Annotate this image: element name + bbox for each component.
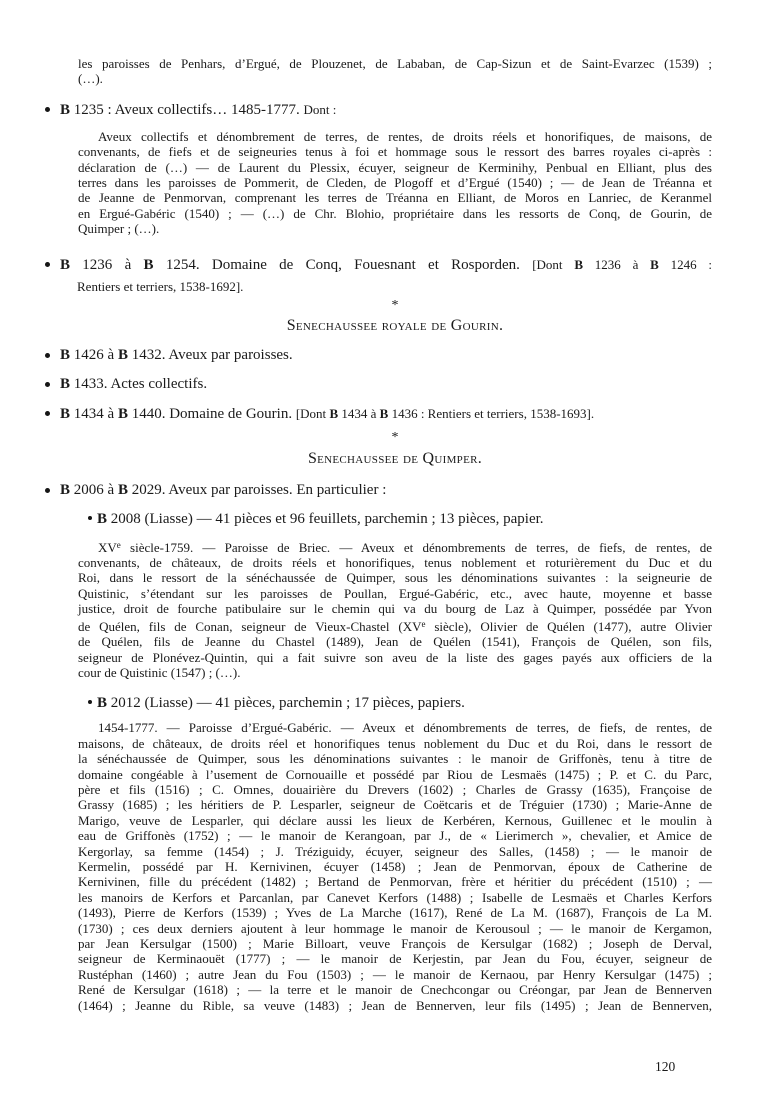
entry-B1235: B 1235 : Aveux collectifs… 1485-1777. Do… — [60, 99, 712, 121]
text-line: Kermelin, possédé par H. Kernivinen, écu… — [78, 859, 712, 874]
text-segment: de Quélen, fils de Jeanne du Chastel (14… — [78, 634, 712, 649]
text-segment: 1434 à — [70, 406, 118, 422]
text-segment: 1436 : Rentiers et terriers, 1538-1693]. — [388, 406, 594, 421]
text-segment: Aveux collectifs et dénombrement de terr… — [98, 129, 712, 144]
text-line: par Jean Kersulgar (1500) ; Marie Billoa… — [78, 936, 712, 951]
text-segment: B — [118, 406, 128, 422]
text-line: la sénéchaussée de Quimper, sous les dén… — [78, 751, 712, 766]
text-segment: terres dans les paroisses de Pommerit, d… — [78, 175, 712, 190]
text-line: XVe siècle-1759. — Paroisse de Briec. — … — [78, 538, 712, 555]
heading-senechaussee-quimper: Senechaussee de Quimper. — [78, 450, 712, 468]
text-line: déclaration de (…) — de Laurent du Pless… — [78, 160, 712, 175]
bullet-icon — [45, 107, 50, 112]
text-segment: convenants, de châteaux, de droits réels… — [78, 555, 712, 570]
text-line: B 1433. Actes collectifs. — [60, 374, 712, 395]
heading-senechaussee-gourin: Senechaussee royale de Gourin. — [78, 317, 712, 335]
text-line: (…). — [78, 71, 712, 86]
page-number: 120 — [655, 1059, 675, 1075]
asterisk-separator: * — [78, 298, 712, 314]
text-line: B 1426 à B 1432. Aveux par paroisses. — [60, 345, 712, 366]
bullet-icon — [45, 488, 50, 493]
text-segment: [Dont — [532, 257, 574, 272]
text-line: B 1235 : Aveux collectifs… 1485-1777. Do… — [60, 99, 712, 121]
text-segment: Roi, dans le ressort de la sénéchaussée … — [78, 570, 712, 585]
text-segment: (1464) ; Jeanne du Rible, sa veuve (1483… — [78, 998, 712, 1013]
text-segment: Rustéphan (1460) ; autre Jean du Fou (15… — [78, 967, 712, 982]
bullet-icon — [88, 700, 92, 704]
text-line: de Quélen, fils de Jeanne du Chastel (14… — [78, 634, 712, 649]
text-segment: 1246 : — [659, 257, 712, 272]
text-line: B 1236 à B 1254. Domaine de Conq, Fouesn… — [60, 254, 712, 276]
text-segment: 2029. Aveux par paroisses. En particulie… — [128, 482, 386, 498]
text-segment: les manoirs de Kerfors et Parcanlan, par… — [78, 890, 712, 905]
text-segment: en Ergué-Gabéric (1540) ; — (…) de Chr. … — [78, 206, 712, 221]
text-segment: Rentiers et terriers, 1538-1692]. — [77, 279, 243, 294]
bullet-icon — [45, 382, 50, 387]
text-line: Quistinic, s’étendant sur les paroisses … — [78, 586, 712, 601]
text-segment: B — [97, 695, 107, 711]
text-segment: B — [574, 257, 583, 272]
text-segment: la sénéchaussée de Quimper, sous les dén… — [78, 751, 712, 766]
text-line: domaine congéable à l’usement de Cornoua… — [78, 767, 712, 782]
text-line: Kergorlay, sa femme (1454) ; J. Trézigui… — [78, 844, 712, 859]
text-segment: de Quélen, fils de Conan, seigneur de Vi… — [78, 619, 421, 634]
text-segment: Kermelin, possédé par H. Kernivinen, écu… — [78, 859, 712, 874]
paragraph-B2012-detail: 1454-1777. — Paroisse d’Ergué-Gabéric. —… — [78, 720, 712, 1013]
text-line: convenants, de châteaux, de droits réels… — [78, 555, 712, 570]
text-line: seigneur de Kerminaouët (1777) ; — le ma… — [78, 951, 712, 966]
text-segment: convenants, de fiefs et de seigneuries t… — [78, 144, 712, 159]
text-segment: 2012 (Liasse) — 41 pièces, parchemin ; 1… — [107, 695, 465, 711]
text-segment: 1454-1777. — Paroisse d’Ergué-Gabéric. —… — [98, 720, 712, 735]
entry-B1426-B1432: B 1426 à B 1432. Aveux par paroisses. — [60, 345, 712, 366]
subentry-B2008: B 2008 (Liasse) — 41 pièces et 96 feuill… — [97, 509, 712, 529]
text-line: les paroisses de Penhars, d’Ergué, de Pl… — [78, 56, 712, 71]
text-line: René de Kersulgar (1618) ; — la terre et… — [78, 982, 712, 997]
text-segment: par Jean Kersulgar (1500) ; Marie Billoa… — [78, 936, 712, 951]
text-line: Rentiers et terriers, 1538-1692]. — [60, 276, 712, 298]
text-line: cour de Quistinic (1547) ; (…). — [78, 665, 712, 680]
text-segment: 1235 : Aveux collectifs… 1485-1777. — [70, 102, 303, 118]
text-segment: Quimper ; (…). — [78, 221, 159, 236]
text-segment: domaine congéable à l’usement de Cornoua… — [78, 767, 712, 782]
text-segment: Kernivinen, fille du précédent (1482) ; … — [78, 874, 712, 889]
bullet-icon — [88, 516, 92, 520]
text-segment: 1236 à — [583, 257, 650, 272]
text-line: de Quélen, fils de Conan, seigneur de Vi… — [78, 617, 712, 634]
text-segment: seigneur de Kerminaouët (1777) ; — le ma… — [78, 951, 712, 966]
text-segment: les paroisses de Penhars, d’Ergué, de Pl… — [78, 56, 712, 71]
entry-B1433: B 1433. Actes collectifs. — [60, 374, 712, 395]
continuation-paragraph: les paroisses de Penhars, d’Ergué, de Pl… — [78, 56, 712, 87]
text-line: maisons, de châteaux, de droits réel et … — [78, 736, 712, 751]
text-segment: 2008 (Liasse) — 41 pièces et 96 feuillet… — [107, 511, 544, 527]
text-line: les manoirs de Kerfors et Parcanlan, par… — [78, 890, 712, 905]
text-segment: B — [60, 376, 70, 392]
text-segment: cour de Quistinic (1547) ; (…). — [78, 665, 240, 680]
text-segment: 1440. Domaine de Gourin. — [128, 406, 296, 422]
text-line: B 2006 à B 2029. Aveux par paroisses. En… — [60, 480, 712, 501]
text-segment: B — [97, 511, 107, 527]
entry-B1434-B1440: B 1434 à B 1440. Domaine de Gourin. [Don… — [60, 403, 712, 425]
text-segment: justice, droit de fourche patibulaire su… — [78, 601, 712, 616]
text-line: Aveux collectifs et dénombrement de terr… — [78, 129, 712, 144]
text-segment: seigneur de Plonévez-Quintin, qui a fait… — [78, 650, 712, 665]
text-segment: siècle-1759. — Paroisse de Briec. — Aveu… — [121, 540, 712, 555]
text-segment: eau de Griffonès (1752) ; — le manoir de… — [78, 828, 712, 843]
text-segment: 1236 à — [70, 257, 144, 273]
text-line: Rustéphan (1460) ; autre Jean du Fou (15… — [78, 967, 712, 982]
text-segment: (1730) ; ces deux derniers ajoutent à le… — [78, 921, 712, 936]
text-segment: B — [329, 406, 338, 421]
text-segment: siècle), Olivier de Quélen (1477), autre… — [425, 619, 712, 634]
text-line: B 1434 à B 1440. Domaine de Gourin. [Don… — [60, 403, 712, 425]
text-segment: Kergorlay, sa femme (1454) ; J. Trézigui… — [78, 844, 712, 859]
text-segment: 1433. Actes collectifs. — [70, 376, 207, 392]
text-segment: 1426 à — [70, 347, 118, 363]
text-line: père et fils (1516) ; C. Omnes, douairiè… — [78, 782, 712, 797]
text-segment: B — [60, 482, 70, 498]
text-segment: B — [380, 406, 389, 421]
text-segment: B — [60, 102, 70, 118]
text-segment: 1254. Domaine de Conq, Fouesnant et Rosp… — [154, 257, 533, 273]
text-segment: B — [60, 347, 70, 363]
entry-B1236-B1254: B 1236 à B 1254. Domaine de Conq, Fouesn… — [60, 254, 712, 298]
bullet-icon — [45, 411, 50, 416]
text-line: (1493), Pierre de Kerfors (1539) ; Yves … — [78, 905, 712, 920]
paragraph-B2008-detail: XVe siècle-1759. — Paroisse de Briec. — … — [78, 538, 712, 681]
text-segment: B — [144, 257, 154, 273]
text-line: seigneur de Plonévez-Quintin, qui a fait… — [78, 650, 712, 665]
text-segment: [Dont — [296, 406, 330, 421]
text-segment: B — [650, 257, 659, 272]
text-segment: Dont : — [303, 102, 336, 117]
text-line: Quimper ; (…). — [78, 221, 712, 236]
text-segment: B — [118, 482, 128, 498]
text-segment: B — [118, 347, 128, 363]
text-segment: de Jeanne de Penmorvan, comprenant les t… — [78, 190, 712, 205]
text-line: (1730) ; ces deux derniers ajoutent à le… — [78, 921, 712, 936]
text-segment: 1432. Aveux par paroisses. — [128, 347, 293, 363]
text-segment: B — [60, 257, 70, 273]
text-segment: 2006 à — [70, 482, 118, 498]
text-line: eau de Griffonès (1752) ; — le manoir de… — [78, 828, 712, 843]
text-line: B 2012 (Liasse) — 41 pièces, parchemin ;… — [97, 693, 712, 713]
bullet-icon — [45, 262, 50, 267]
text-segment: XV — [98, 540, 117, 555]
text-segment: B — [60, 406, 70, 422]
text-segment: (1493), Pierre de Kerfors (1539) ; Yves … — [78, 905, 712, 920]
text-line: (1464) ; Jeanne du Rible, sa veuve (1483… — [78, 998, 712, 1013]
text-line: Grassy (1685) ; les héritiers de P. Lesp… — [78, 797, 712, 812]
text-segment: père et fils (1516) ; C. Omnes, douairiè… — [78, 782, 712, 797]
text-line: Kernivinen, fille du précédent (1482) ; … — [78, 874, 712, 889]
document-body: les paroisses de Penhars, d’Ergué, de Pl… — [0, 56, 769, 1013]
text-line: terres dans les paroisses de Pommerit, d… — [78, 175, 712, 190]
text-line: en Ergué-Gabéric (1540) ; — (…) de Chr. … — [78, 206, 712, 221]
text-segment: (…). — [78, 71, 103, 86]
text-line: convenants, de fiefs et de seigneuries t… — [78, 144, 712, 159]
text-segment: Marigo, veuve de Lesparler, qui déclare … — [78, 813, 712, 828]
text-line: 1454-1777. — Paroisse d’Ergué-Gabéric. —… — [78, 720, 712, 735]
text-line: de Jeanne de Penmorvan, comprenant les t… — [78, 190, 712, 205]
text-segment: Quistinic, s’étendant sur les paroisses … — [78, 586, 712, 601]
text-line: justice, droit de fourche patibulaire su… — [78, 601, 712, 616]
text-segment: René de Kersulgar (1618) ; — la terre et… — [78, 982, 712, 997]
text-segment: 1434 à — [338, 406, 380, 421]
text-line: Roi, dans le ressort de la sénéchaussée … — [78, 570, 712, 585]
paragraph-B1235-detail: Aveux collectifs et dénombrement de terr… — [78, 129, 712, 237]
bullet-icon — [45, 353, 50, 358]
asterisk-separator: * — [78, 430, 712, 446]
entry-B2006-B2029: B 2006 à B 2029. Aveux par paroisses. En… — [60, 480, 712, 501]
subentry-B2012: B 2012 (Liasse) — 41 pièces, parchemin ;… — [97, 693, 712, 713]
scanned-archive-page: les paroisses de Penhars, d’Ergué, de Pl… — [0, 0, 769, 1108]
text-segment: déclaration de (…) — de Laurent du Pless… — [78, 160, 712, 175]
text-line: B 2008 (Liasse) — 41 pièces et 96 feuill… — [97, 509, 712, 529]
text-line: Marigo, veuve de Lesparler, qui déclare … — [78, 813, 712, 828]
text-segment: maisons, de châteaux, de droits réel et … — [78, 736, 712, 751]
text-segment: Grassy (1685) ; les héritiers de P. Lesp… — [78, 797, 712, 812]
